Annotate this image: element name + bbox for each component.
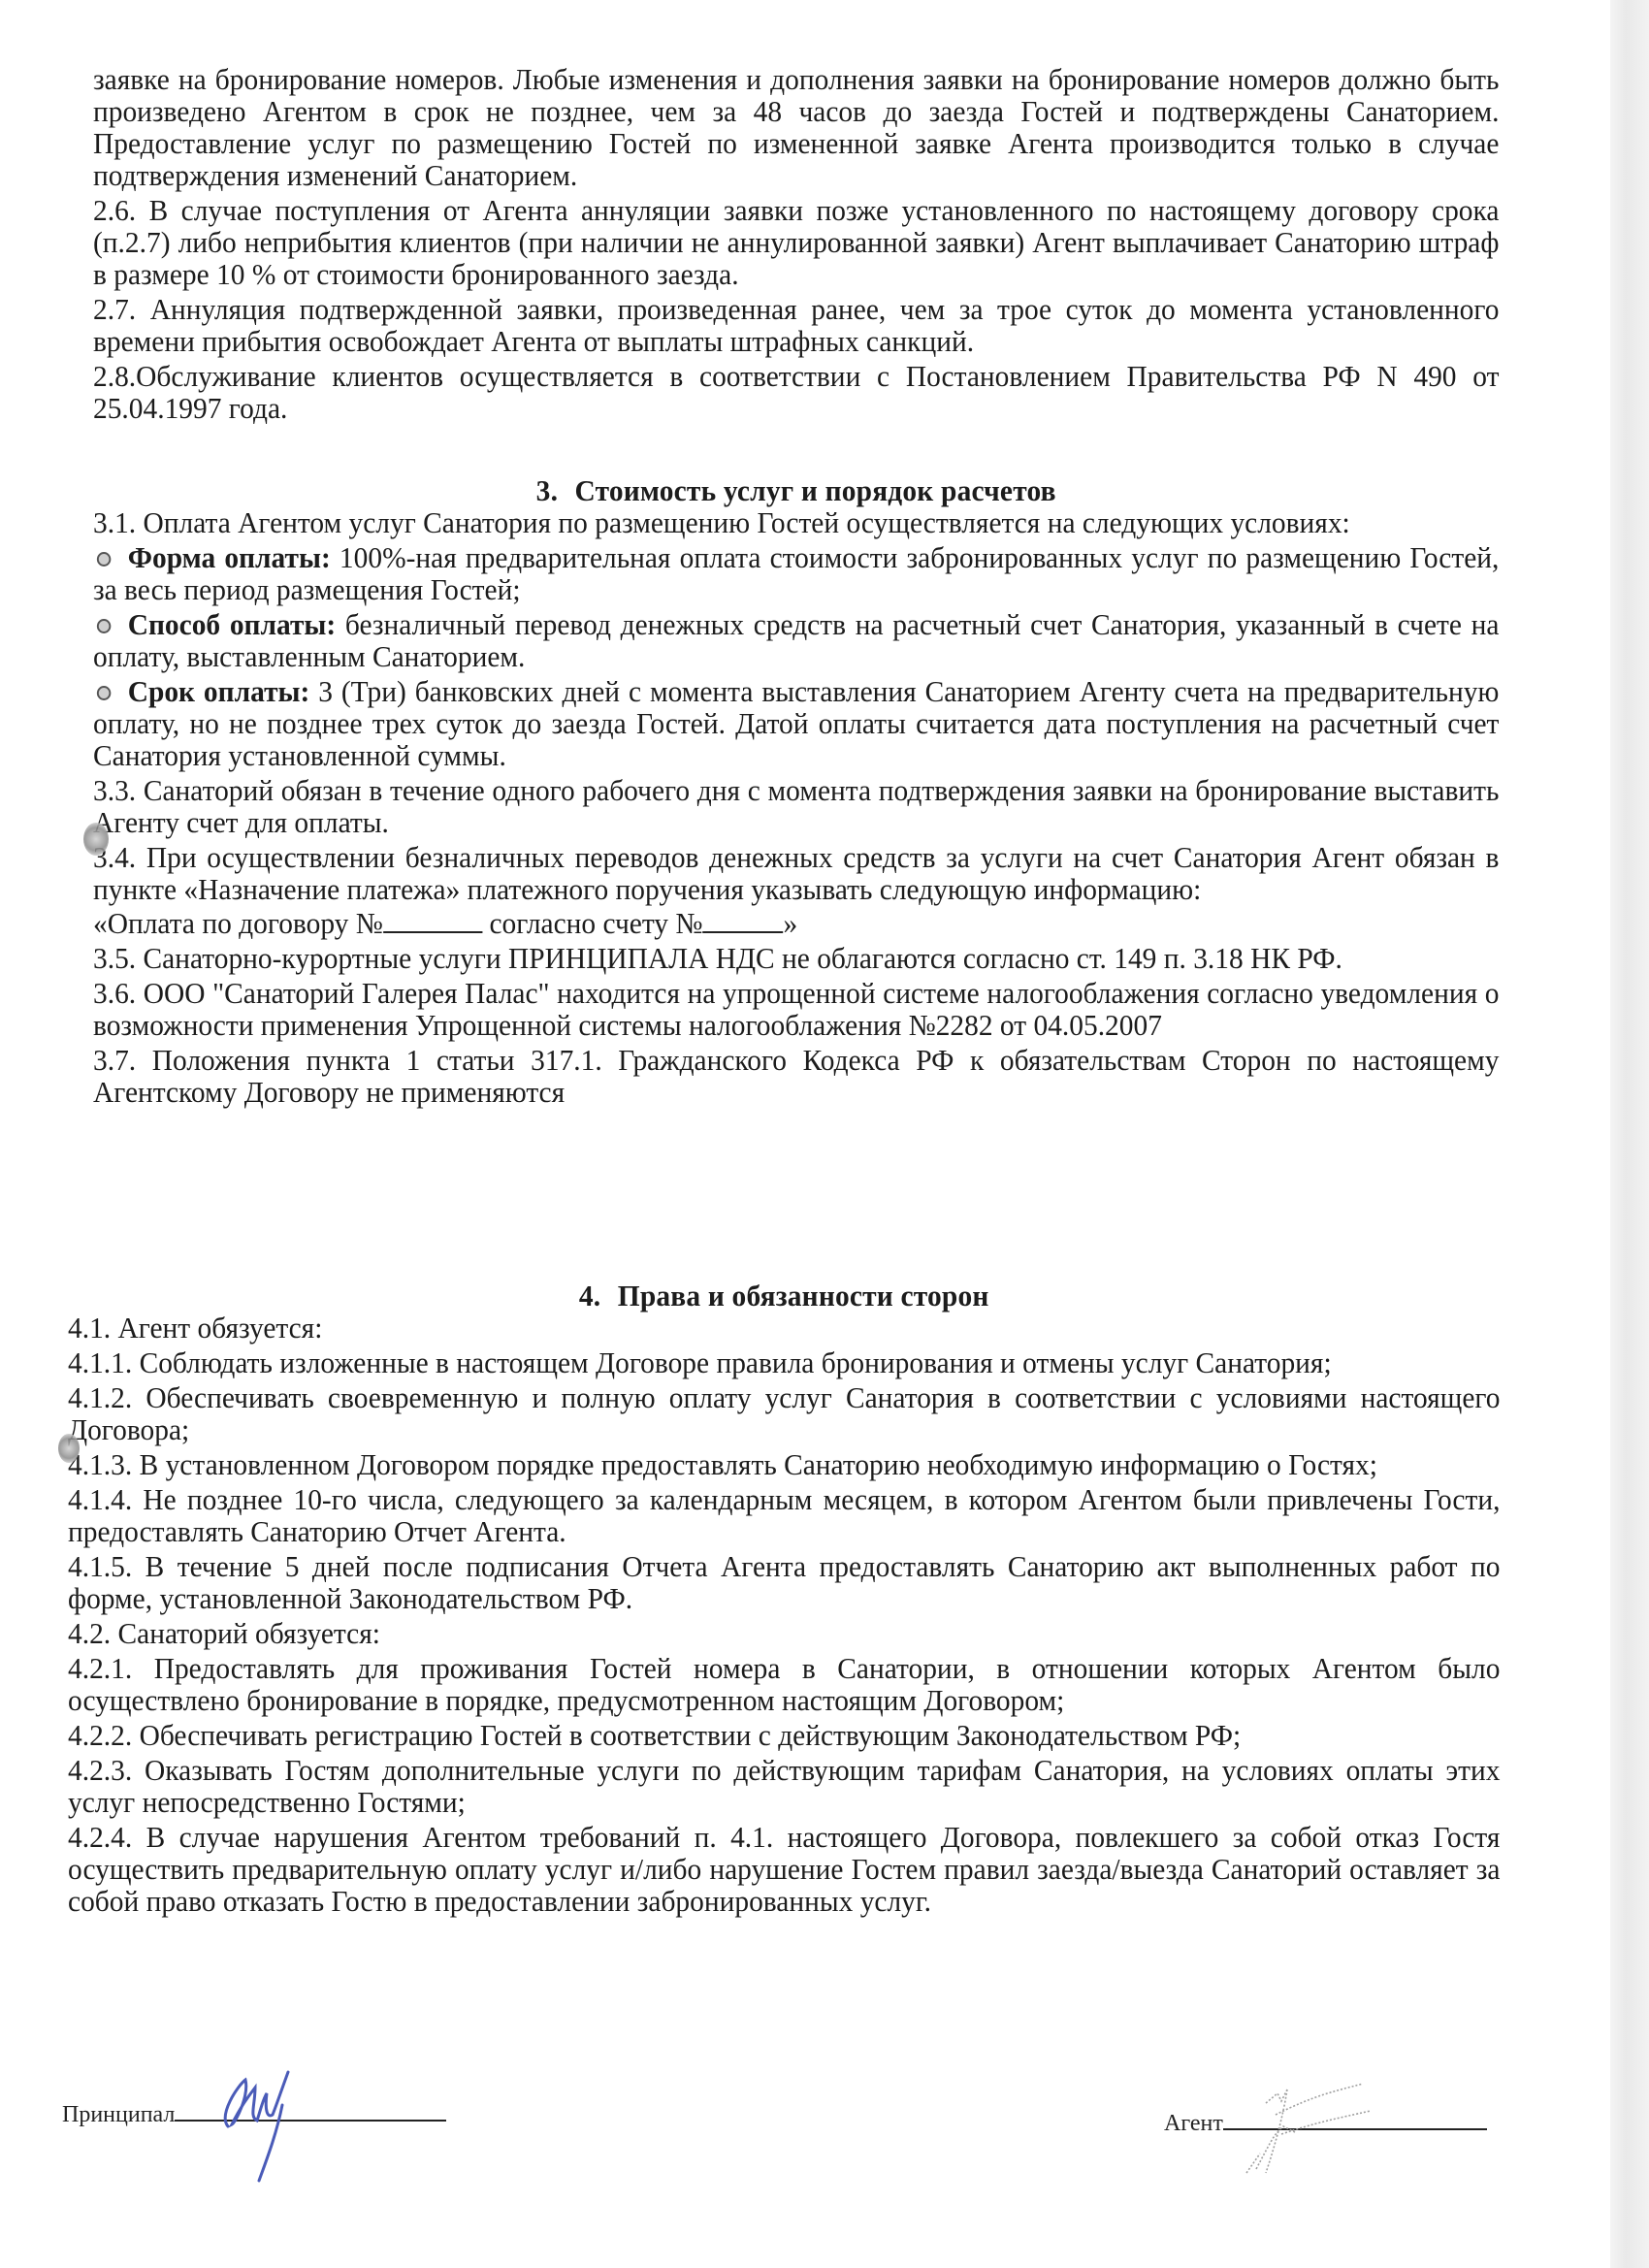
clause-3-3: 3.3. Санаторий обязан в течение одного р… <box>93 775 1499 839</box>
clause-4-1-5: 4.1.5. В течение 5 дней после подписания… <box>68 1551 1500 1615</box>
principal-label: Принципал <box>62 2102 175 2127</box>
invoice-number-blank <box>702 906 783 933</box>
bullet-icon <box>97 619 111 633</box>
agent-signature-line <box>1223 2128 1487 2130</box>
clause-2-8: 2.8.Обслуживание клиентов осуществляется… <box>93 361 1499 425</box>
clause-2-5-continuation: заявке на бронирование номеров. Любые из… <box>93 64 1499 192</box>
clause-3-4: 3.4. При осуществлении безналичных перев… <box>93 842 1499 906</box>
section-4-title: Права и обязанности сторон <box>618 1280 989 1312</box>
clause-4-2-4: 4.2.4. В случае нарушения Агентом требов… <box>68 1822 1500 1918</box>
clause-4-2-2: 4.2.2. Обеспечивать регистрацию Гостей в… <box>68 1720 1500 1752</box>
agent-label: Агент <box>1164 2111 1223 2136</box>
bullet-label: Форма оплаты: <box>128 541 331 574</box>
document-page-upper: заявке на бронирование номеров. Любые из… <box>93 64 1499 1112</box>
contract-number-blank <box>383 906 482 933</box>
section-3-title: Стоимость услуг и порядок расчетов <box>575 474 1056 507</box>
bullet-payment-method: Способ оплаты: безналичный перевод денеж… <box>93 609 1499 673</box>
bullet-icon <box>97 686 111 700</box>
payment-purpose-formula: «Оплата по договору № согласно счету №» <box>93 906 1499 940</box>
scan-edge-shadow <box>1610 0 1649 2268</box>
principal-signature-block: Принципал <box>62 2102 446 2128</box>
clause-4-2-1: 4.2.1. Предоставлять для проживания Гост… <box>68 1653 1500 1717</box>
clause-2-6: 2.6. В случае поступления от Агента анну… <box>93 195 1499 291</box>
clause-4-1-2: 4.1.2. Обеспечивать своевременную и полн… <box>68 1382 1500 1446</box>
clause-2-7: 2.7. Аннуляция подтвержденной заявки, пр… <box>93 294 1499 358</box>
section-3-heading: 3.Стоимость услуг и порядок расчетов <box>93 475 1499 507</box>
formula-part-invoice: согласно счету № <box>482 907 702 940</box>
formula-part-contract: «Оплата по договору № <box>93 907 383 940</box>
bullet-payment-term: Срок оплаты: 3 (Три) банковских дней с м… <box>93 676 1499 772</box>
document-page-lower: 4.Права и обязанности сторон 4.1. Агент … <box>68 1280 1500 1921</box>
bullet-icon <box>97 552 111 567</box>
formula-close-quote: » <box>783 907 797 940</box>
punch-hole-artifact <box>58 1434 80 1463</box>
clause-3-1: 3.1. Оплата Агентом услуг Санатория по р… <box>93 507 1499 539</box>
clause-4-1: 4.1. Агент обязуется: <box>68 1312 1500 1345</box>
agent-signature-block: Агент <box>1164 2111 1487 2137</box>
clause-4-1-4: 4.1.4. Не позднее 10-го числа, следующег… <box>68 1484 1500 1548</box>
clause-3-5: 3.5. Санаторно-курортные услуги ПРИНЦИПА… <box>93 943 1499 975</box>
punch-hole-artifact <box>83 823 109 856</box>
section-3-number: 3. <box>536 474 558 507</box>
clause-3-6: 3.6. ООО "Санаторий Галерея Палас" наход… <box>93 978 1499 1042</box>
clause-4-1-3: 4.1.3. В установленном Договором порядке… <box>68 1449 1500 1481</box>
principal-signature-line <box>175 2120 446 2122</box>
bullet-label: Способ оплаты: <box>128 608 337 641</box>
section-4-number: 4. <box>579 1280 600 1312</box>
clause-4-1-1: 4.1.1. Соблюдать изложенные в настоящем … <box>68 1347 1500 1379</box>
section-4-heading: 4.Права и обязанности сторон <box>68 1280 1500 1312</box>
clause-4-2-3: 4.2.3. Оказывать Гостям дополнительные у… <box>68 1755 1500 1819</box>
clause-3-7: 3.7. Положения пункта 1 статьи 317.1. Гр… <box>93 1045 1499 1109</box>
clause-3-4-text: 3.4. При осуществлении безналичных перев… <box>93 841 1499 906</box>
bullet-payment-form: Форма оплаты: 100%-ная предварительная о… <box>93 542 1499 606</box>
bullet-label: Срок оплаты: <box>128 675 310 708</box>
clause-4-2: 4.2. Санаторий обязуется: <box>68 1618 1500 1650</box>
